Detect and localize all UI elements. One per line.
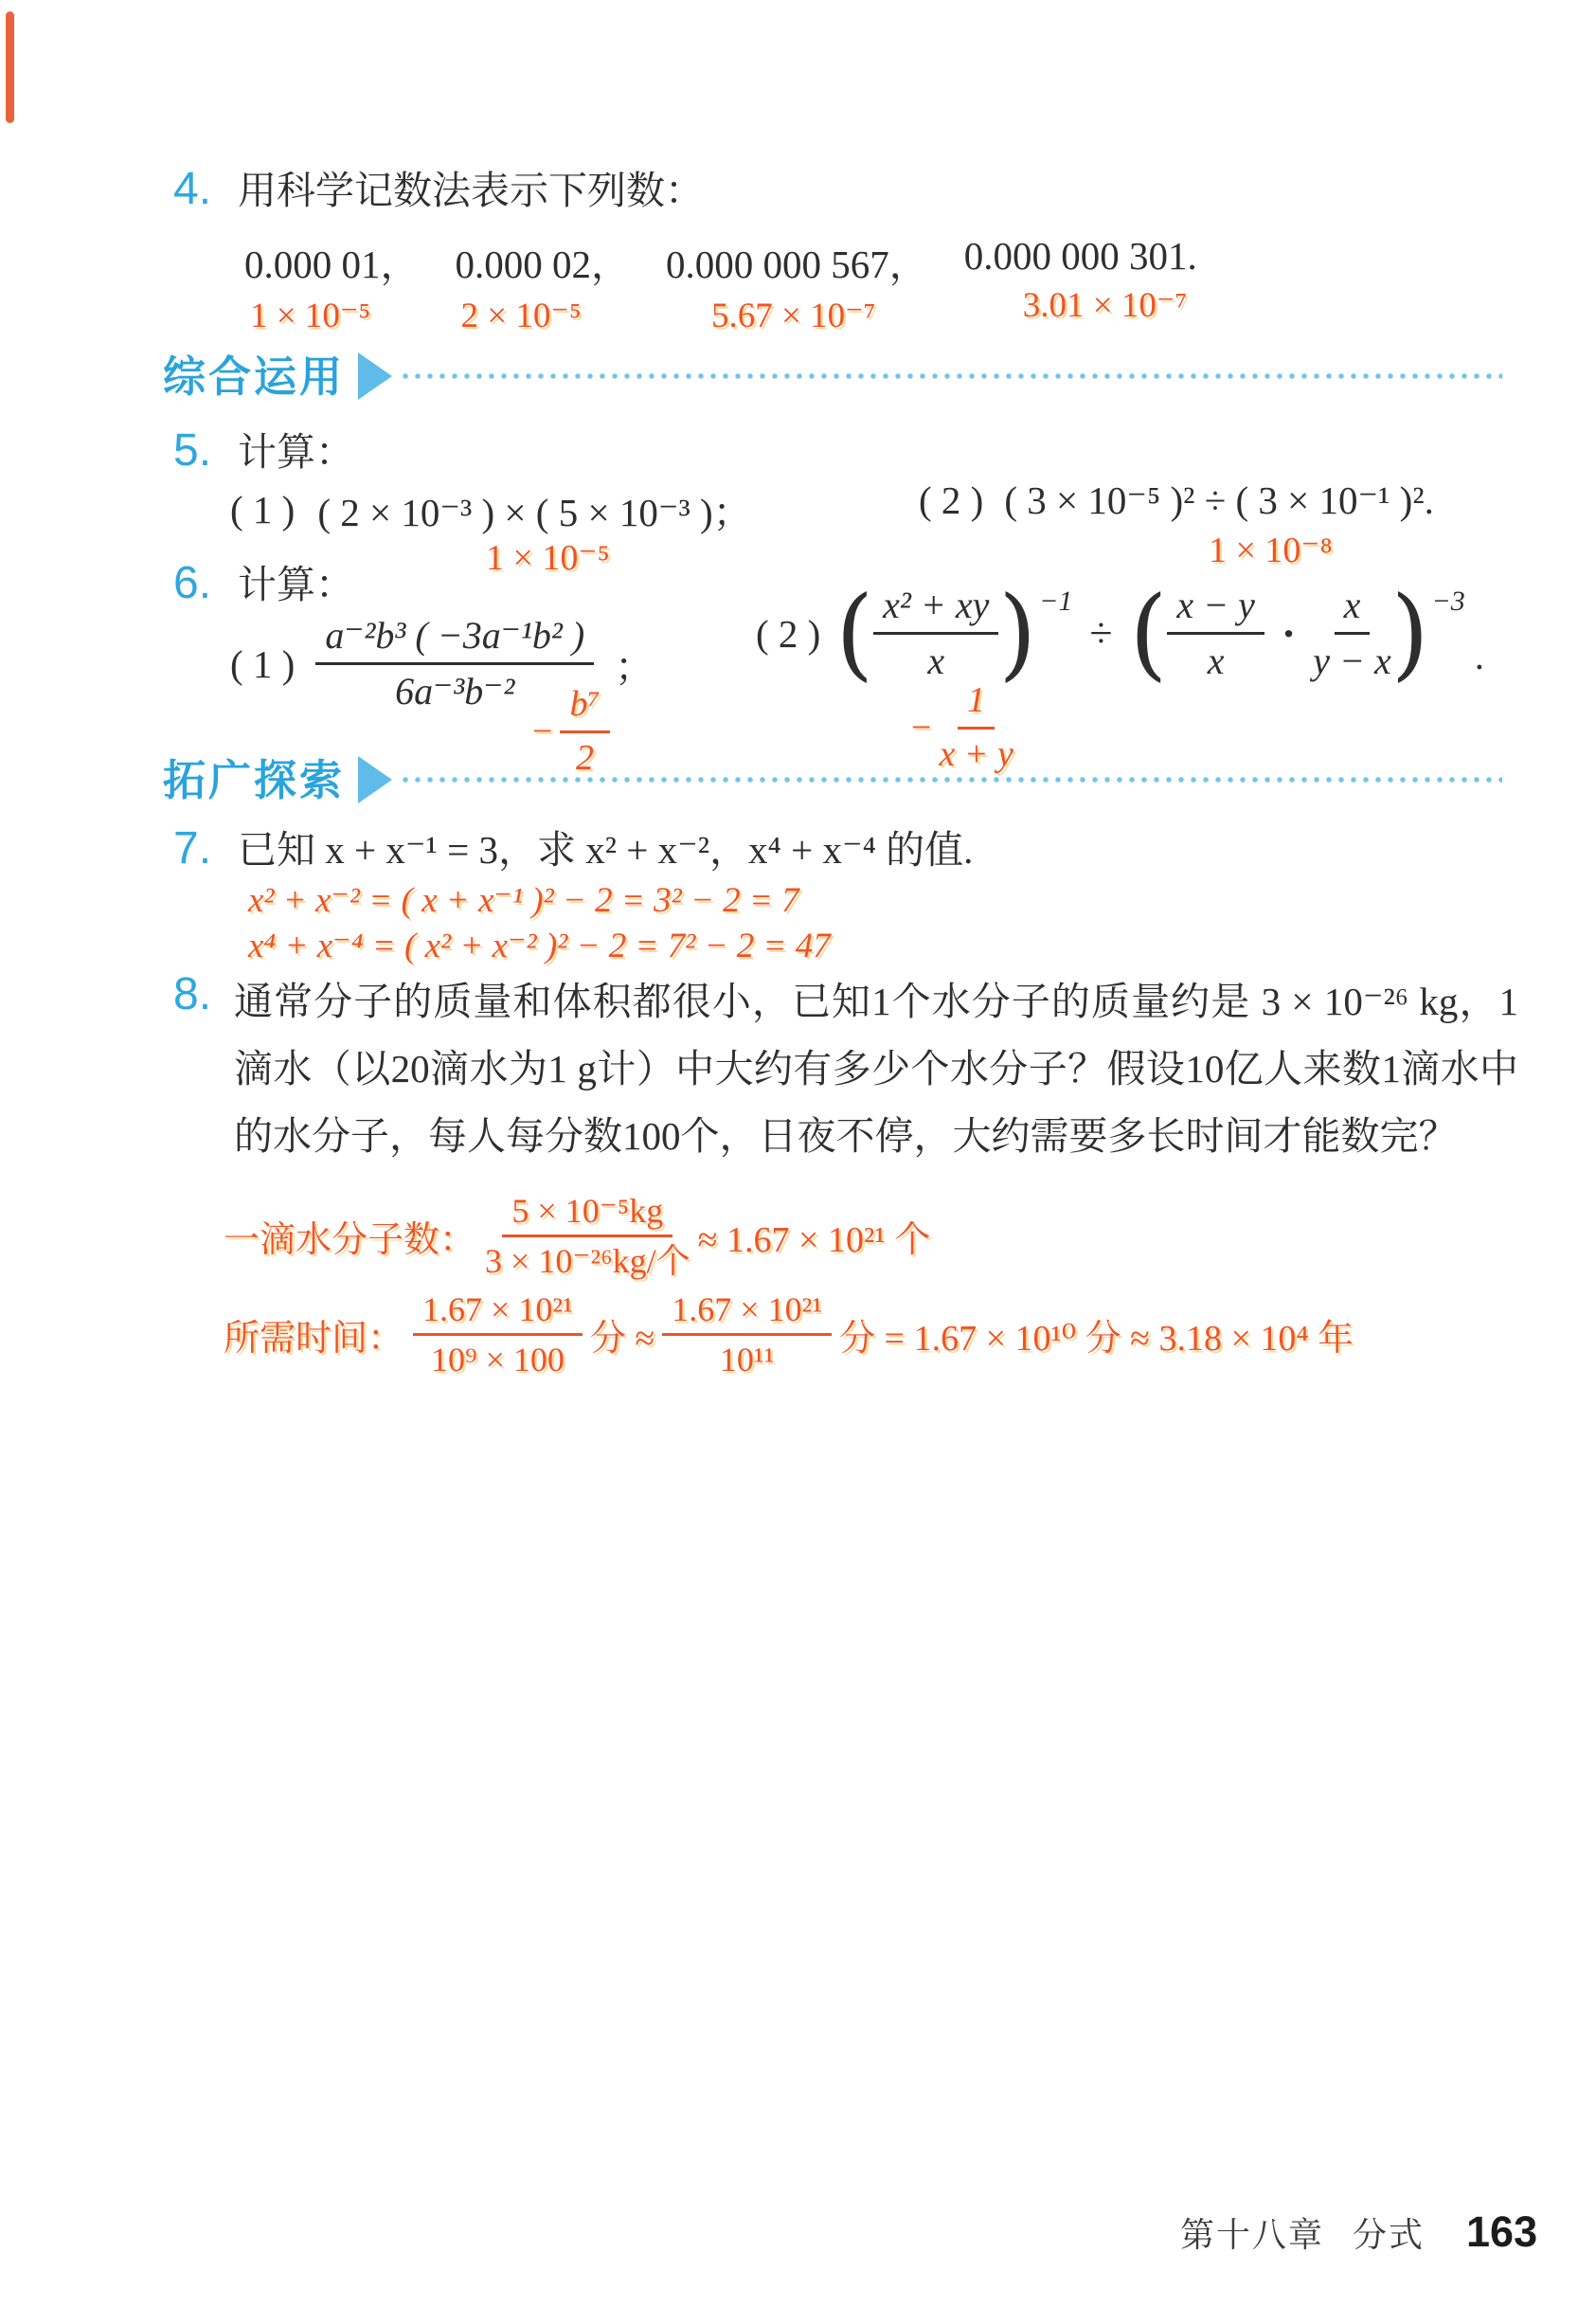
minus-sign: −	[532, 711, 552, 752]
punctuation: ；	[615, 636, 654, 692]
answer-result: ≈ 1.67 × 10²¹ 个	[698, 1210, 931, 1262]
right-paren: )	[998, 583, 1036, 683]
problem-5-title: 计算：	[238, 431, 354, 474]
triangle-icon	[358, 756, 392, 803]
page-edge-mark	[6, 11, 14, 123]
answer-label: 一滴水分子数：	[224, 1210, 475, 1262]
answer-mid: 分 ≈	[590, 1308, 655, 1361]
expression: ( 3 × 10⁻⁵ )² ÷ ( 3 × 10⁻¹ )².	[1004, 478, 1434, 523]
given-number: 0.000 000 301.	[964, 233, 1197, 279]
problem-7-number: 7.	[173, 826, 211, 872]
answer-overprint: x⁴ + x⁻⁴ = ( x² + x⁻² )² − 2 = 7² − 2 = …	[248, 925, 831, 966]
fraction: 1.67 × 10²¹ 10¹¹	[662, 1290, 832, 1379]
page-footer: 第十八章 分式 163	[1180, 2208, 1537, 2257]
exponent: −1	[1039, 586, 1072, 618]
answer-label: 所需时间：	[224, 1308, 403, 1361]
answer-overprint: x² + x⁻² = ( x + x⁻¹ )² − 2 = 3² − 2 = 7	[248, 879, 799, 921]
right-paren: )	[1391, 583, 1429, 683]
problem-6-header: 6. 计算：	[173, 561, 354, 606]
part-label: ( 2 )	[756, 611, 820, 657]
given-number: 0.000 01，	[244, 233, 420, 289]
dotted-divider	[402, 776, 1502, 784]
problem-6-part2: ( 2 ) ( x² + xy x ) −1 ÷ ( x − y x · x y…	[756, 584, 1484, 683]
footer-chapter: 第十八章	[1180, 2208, 1324, 2257]
answer-overprint: 2 × 10⁻⁵	[461, 295, 582, 336]
numerator: 1.67 × 10²¹	[413, 1290, 583, 1336]
list-item: 0.000 000 567， 5.67 × 10⁻⁷	[666, 233, 928, 336]
problem-8-number: 8.	[173, 972, 211, 1018]
answer-line-time-needed: 所需时间： 1.67 × 10²¹ 10⁹ × 100 分 ≈ 1.67 × 1…	[224, 1290, 1361, 1379]
triangle-icon	[358, 352, 392, 400]
divide-operator: ÷	[1089, 609, 1112, 658]
section-label: 拓广探索	[163, 759, 345, 802]
problem-6-title: 计算：	[238, 564, 354, 606]
numerator: x − y	[1167, 584, 1264, 635]
list-item: 0.000 01， 1 × 10⁻⁵	[244, 233, 420, 336]
section-banner-zonghe: 综合运用	[163, 352, 1502, 400]
section-banner-tuoguang: 拓广探索	[163, 756, 1502, 803]
punctuation: .	[1475, 633, 1484, 678]
fraction: x y − x	[1313, 584, 1391, 683]
denominator: 10¹¹	[720, 1336, 775, 1379]
problem-4-number: 4.	[173, 167, 211, 212]
left-paren: (	[1130, 583, 1168, 683]
problem-7-header: 7. 已知 x + x⁻¹ = 3，求 x² + x⁻²，x⁴ + x⁻⁴ 的值…	[173, 826, 973, 872]
dotted-divider	[402, 372, 1502, 380]
problem-4-title: 用科学记数法表示下列数：	[238, 170, 704, 212]
list-item: 0.000 000 301. 3.01 × 10⁻⁷	[964, 233, 1197, 336]
fraction: x − y x	[1167, 584, 1264, 683]
part-label: ( 1 )	[230, 641, 295, 687]
minus-sign: −	[911, 707, 931, 748]
given-number: 0.000 02，	[456, 233, 631, 289]
problem-5-number: 5.	[173, 428, 211, 474]
denominator: x	[927, 635, 944, 683]
numerator: 1	[958, 680, 995, 730]
answer-overprint: 1 × 10⁻⁵	[250, 295, 370, 336]
answer-overprint: 5.67 × 10⁻⁷	[711, 295, 876, 336]
section-label: 综合运用	[163, 355, 345, 398]
denominator: 6a⁻³b⁻²	[395, 665, 514, 713]
list-item: 0.000 02， 2 × 10⁻⁵	[456, 233, 631, 336]
problem-5-part2: ( 2 ) ( 3 × 10⁻⁵ )² ÷ ( 3 × 10⁻¹ )².	[919, 478, 1434, 523]
denominator: 3 × 10⁻²⁶kg/个	[485, 1237, 690, 1280]
problem-7-statement: 已知 x + x⁻¹ = 3，求 x² + x⁻²，x⁴ + x⁻⁴ 的值.	[238, 829, 973, 872]
fraction: 1.67 × 10²¹ 10⁹ × 100	[413, 1290, 583, 1379]
denominator: x	[1208, 635, 1225, 683]
denominator: 10⁹ × 100	[431, 1336, 565, 1379]
answer-overprint: 1 × 10⁻⁸	[1209, 529, 1333, 571]
numerator: b⁷	[560, 684, 609, 733]
page-number: 163	[1466, 2208, 1537, 2257]
problem-4-header: 4. 用科学记数法表示下列数：	[173, 167, 704, 212]
numerator: 5 × 10⁻⁵kg	[502, 1192, 672, 1237]
problem-8-statement: 通常分子的质量和体积都很小，已知1个水分子的质量约是 3 × 10⁻²⁶ kg，…	[234, 968, 1518, 1170]
fraction: x² + xy x	[873, 584, 998, 683]
numerator: x	[1335, 584, 1371, 635]
problem-5-part1: ( 1 ) ( 2 × 10⁻³ ) × ( 5 × 10⁻³ )；	[230, 481, 752, 537]
answer-overprint: 1 × 10⁻⁵	[486, 536, 610, 579]
textbook-page: 4. 用科学记数法表示下列数： 0.000 01， 1 × 10⁻⁵ 0.000…	[0, 0, 1596, 2307]
part-label: ( 2 )	[919, 478, 983, 523]
problem-6-number: 6.	[173, 561, 211, 606]
answer-line-molecule-count: 一滴水分子数： 5 × 10⁻⁵kg 3 × 10⁻²⁶kg/个 ≈ 1.67 …	[224, 1192, 938, 1281]
fraction: 5 × 10⁻⁵kg 3 × 10⁻²⁶kg/个	[485, 1192, 690, 1281]
left-paren: (	[835, 583, 873, 683]
multiplication-dot: ·	[1282, 608, 1296, 658]
denominator: y − x	[1313, 635, 1391, 683]
numerator: x² + xy	[873, 584, 998, 635]
exponent: −3	[1432, 586, 1465, 618]
problem-8: 8. 通常分子的质量和体积都很小，已知1个水分子的质量约是 3 × 10⁻²⁶ …	[173, 968, 1518, 1170]
footer-section: 分式	[1353, 2208, 1425, 2257]
expression: ( 2 × 10⁻³ ) × ( 5 × 10⁻³ )；	[317, 481, 751, 537]
problem-5-header: 5. 计算：	[173, 428, 354, 474]
numerator: 1.67 × 10²¹	[662, 1290, 832, 1336]
problem-4-items: 0.000 01， 1 × 10⁻⁵ 0.000 02， 2 × 10⁻⁵ 0.…	[244, 233, 1197, 336]
given-number: 0.000 000 567，	[666, 233, 928, 289]
numerator: a⁻²b³ ( −3a⁻¹b² )	[315, 614, 594, 665]
part-label: ( 1 )	[230, 487, 295, 532]
answer-overprint: 3.01 × 10⁻⁷	[1023, 284, 1188, 326]
answer-result: 分 = 1.67 × 10¹⁰ 分 ≈ 3.18 × 10⁴ 年	[839, 1308, 1354, 1361]
